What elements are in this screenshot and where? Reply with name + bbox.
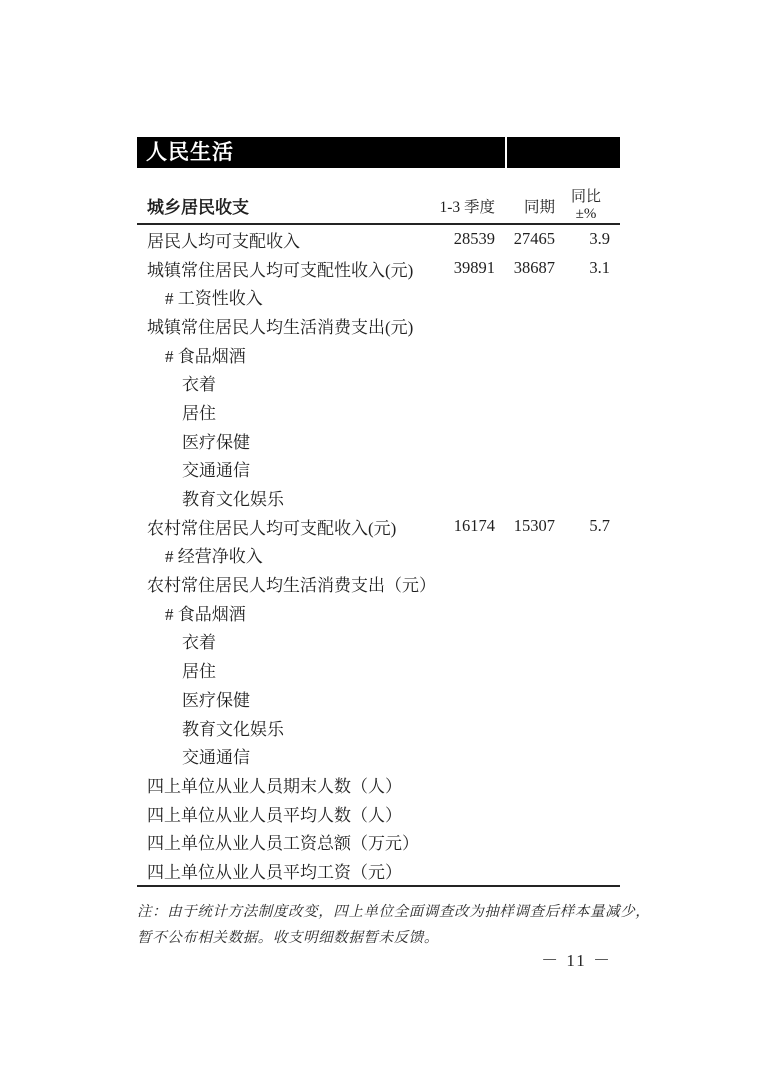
table-row: 衣着 xyxy=(137,627,620,656)
row-label: 四上单位从业人员期末人数（人） xyxy=(137,772,420,797)
table-header-col-yoy: 同比 ±% xyxy=(562,189,620,223)
row-label: 四上单位从业人员平均工资（元） xyxy=(137,858,420,883)
table-row: 四上单位从业人员工资总额（万元） xyxy=(137,827,620,856)
row-label: # 食品烟酒 xyxy=(137,342,420,367)
table-row: # 食品烟酒 xyxy=(137,598,620,627)
value-q13: 39891 xyxy=(420,258,502,278)
row-label: # 经营净收入 xyxy=(137,542,420,567)
section-title: 人民生活 xyxy=(137,137,234,168)
footnote-line2: 暂不公布相关数据。收支明细数据暂未反馈。 xyxy=(137,925,620,951)
row-label: 教育文化娱乐 xyxy=(137,715,420,740)
yoy-header-line1: 同比 xyxy=(562,189,610,206)
footnote-line1: 注：由于统计方法制度改变，四上单位全面调查改为抽样调查后样本量减少， xyxy=(137,899,620,925)
table-header-col-same-period: 同期 xyxy=(502,195,562,217)
table-row: 教育文化娱乐 xyxy=(137,483,620,512)
document-page: { "title_bar": { "title": "人民生活" }, "tab… xyxy=(0,0,757,1074)
page-number: － 11 － xyxy=(137,952,620,970)
yoy-header-line2: ±% xyxy=(562,206,610,223)
row-label: 教育文化娱乐 xyxy=(137,485,420,510)
table-row: 四上单位从业人员平均人数（人） xyxy=(137,799,620,828)
row-label: # 工资性收入 xyxy=(137,284,420,309)
row-label: # 食品烟酒 xyxy=(137,600,420,625)
table-row: # 工资性收入 xyxy=(137,282,620,311)
value-yoy: 3.1 xyxy=(562,258,620,278)
table-row: 教育文化娱乐 xyxy=(137,713,620,742)
table-body: 居民人均可支配收入 28539 27465 3.9 城镇常住居民人均可支配性收入… xyxy=(137,225,620,887)
row-label: 居住 xyxy=(137,399,420,424)
table-row: 医疗保健 xyxy=(137,684,620,713)
row-label: 农村常住居民人均生活消费支出（元） xyxy=(137,571,420,596)
table-row: 四上单位从业人员平均工资（元） xyxy=(137,856,620,885)
value-yoy: 3.9 xyxy=(562,229,620,249)
title-bar-divider xyxy=(505,137,507,168)
value-same-period: 38687 xyxy=(502,258,562,278)
row-label: 交通通信 xyxy=(137,456,420,481)
row-label: 交通通信 xyxy=(137,743,420,768)
row-label: 居民人均可支配收入 xyxy=(137,227,420,252)
footnote: 注：由于统计方法制度改变，四上单位全面调查改为抽样调查后样本量减少， 暂不公布相… xyxy=(137,899,620,951)
table-row: 居住 xyxy=(137,655,620,684)
row-label: 四上单位从业人员平均人数（人） xyxy=(137,801,420,826)
section-title-bar: 人民生活 xyxy=(137,137,620,168)
table-header-label: 城乡居民收支 xyxy=(137,193,420,218)
table-row: 四上单位从业人员期末人数（人） xyxy=(137,770,620,799)
table-row: 衣着 xyxy=(137,368,620,397)
value-q13: 28539 xyxy=(420,229,502,249)
row-label: 居住 xyxy=(137,657,420,682)
row-label: 城镇常住居民人均生活消费支出(元) xyxy=(137,313,420,338)
row-label: 医疗保健 xyxy=(137,686,420,711)
table-row: # 经营净收入 xyxy=(137,541,620,570)
value-yoy: 5.7 xyxy=(562,516,620,536)
table-row: 交通通信 xyxy=(137,455,620,484)
row-label: 衣着 xyxy=(137,628,420,653)
table-row: # 食品烟酒 xyxy=(137,340,620,369)
row-label: 城镇常住居民人均可支配性收入(元) xyxy=(137,256,420,281)
table-row: 农村常住居民人均可支配收入(元) 16174 15307 5.7 xyxy=(137,512,620,541)
value-same-period: 27465 xyxy=(502,229,562,249)
table-row: 城镇常住居民人均生活消费支出(元) xyxy=(137,311,620,340)
table-row: 居民人均可支配收入 28539 27465 3.9 xyxy=(137,225,620,254)
value-same-period: 15307 xyxy=(502,516,562,536)
table-row: 交通通信 xyxy=(137,741,620,770)
table-row: 医疗保健 xyxy=(137,426,620,455)
table-row: 城镇常住居民人均可支配性收入(元) 39891 38687 3.1 xyxy=(137,254,620,283)
row-label: 四上单位从业人员工资总额（万元） xyxy=(137,829,420,854)
row-label: 农村常住居民人均可支配收入(元) xyxy=(137,514,420,539)
row-label: 衣着 xyxy=(137,370,420,395)
table-header-row: 城乡居民收支 1-3 季度 同期 同比 ±% xyxy=(137,188,620,225)
row-label: 医疗保健 xyxy=(137,428,420,453)
page-content: 人民生活 城乡居民收支 1-3 季度 同期 同比 ±% 居民人均可支配收入 28… xyxy=(137,137,620,970)
value-q13: 16174 xyxy=(420,516,502,536)
table-row: 居住 xyxy=(137,397,620,426)
table-header-col-q13: 1-3 季度 xyxy=(420,195,502,217)
table-row: 农村常住居民人均生活消费支出（元） xyxy=(137,569,620,598)
